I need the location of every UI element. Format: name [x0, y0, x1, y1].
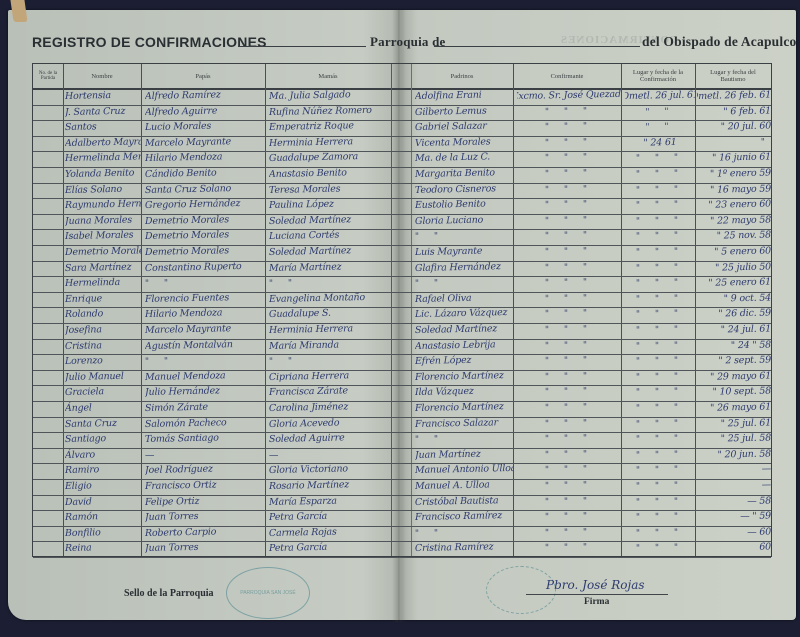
cell-partida [33, 540, 63, 558]
signature: Pbro. José Rojas [546, 578, 645, 592]
col-header-confirmacion: Lugar y fecha de la Confirmación [621, 64, 695, 88]
parish-stamp: PARROQUIA SAN JOSÉ [226, 567, 310, 619]
col-header-papas: Papás [141, 64, 265, 88]
col-header-nombre: Nombre [63, 64, 141, 88]
column-divider [265, 64, 266, 556]
cell-confirmacion: " " " [625, 539, 695, 557]
title-underline [238, 46, 366, 47]
column-divider [513, 64, 514, 556]
col-header-mamas: Mamás [265, 64, 391, 88]
row-divider [33, 557, 771, 558]
cell-partida [33, 321, 63, 339]
cell-partida [33, 477, 63, 495]
cell-confirmante: " " " [517, 538, 621, 557]
obispado-label: del Obispado de Acapulco [642, 34, 796, 50]
col-header-partida: No. de la Partida [33, 64, 63, 88]
cell-papa: Juan Torres [145, 538, 263, 557]
cell-partida [33, 399, 63, 417]
cell-bautismo: 60 [697, 539, 771, 558]
stamp-text: PARROQUIA SAN JOSÉ [240, 590, 295, 596]
parroquia-field-line [434, 46, 640, 47]
cell-partida [33, 243, 63, 261]
column-divider [63, 64, 64, 556]
register-title: REGISTRO DE CONFIRMACIONES [32, 34, 267, 50]
column-divider [411, 64, 412, 556]
column-divider [621, 64, 622, 556]
signature-label: Firma [584, 597, 609, 607]
cell-padrinos: Cristina Ramírez [415, 538, 513, 557]
binder-clip [10, 0, 27, 22]
cell-nombre: Reina [65, 539, 141, 558]
column-divider [695, 64, 696, 556]
signature-line [526, 594, 668, 595]
col-header-bautismo: Lugar y fecha del Bautismo [695, 64, 771, 88]
cell-partida [33, 165, 63, 183]
col-header-padrinos: Padrinos [411, 64, 513, 88]
cell-partida [33, 87, 63, 105]
column-divider [141, 64, 142, 556]
seal-label: Sello de la Parroquia [124, 588, 214, 599]
parroquia-label: Parroquia de [370, 34, 445, 50]
cell-mama: Petra García [269, 538, 389, 558]
confirmations-table: No. de la Partida Nombre Papás Mamás Pad… [32, 63, 772, 557]
col-header-confirmante: Confirmante [513, 64, 621, 88]
column-divider [391, 64, 392, 556]
